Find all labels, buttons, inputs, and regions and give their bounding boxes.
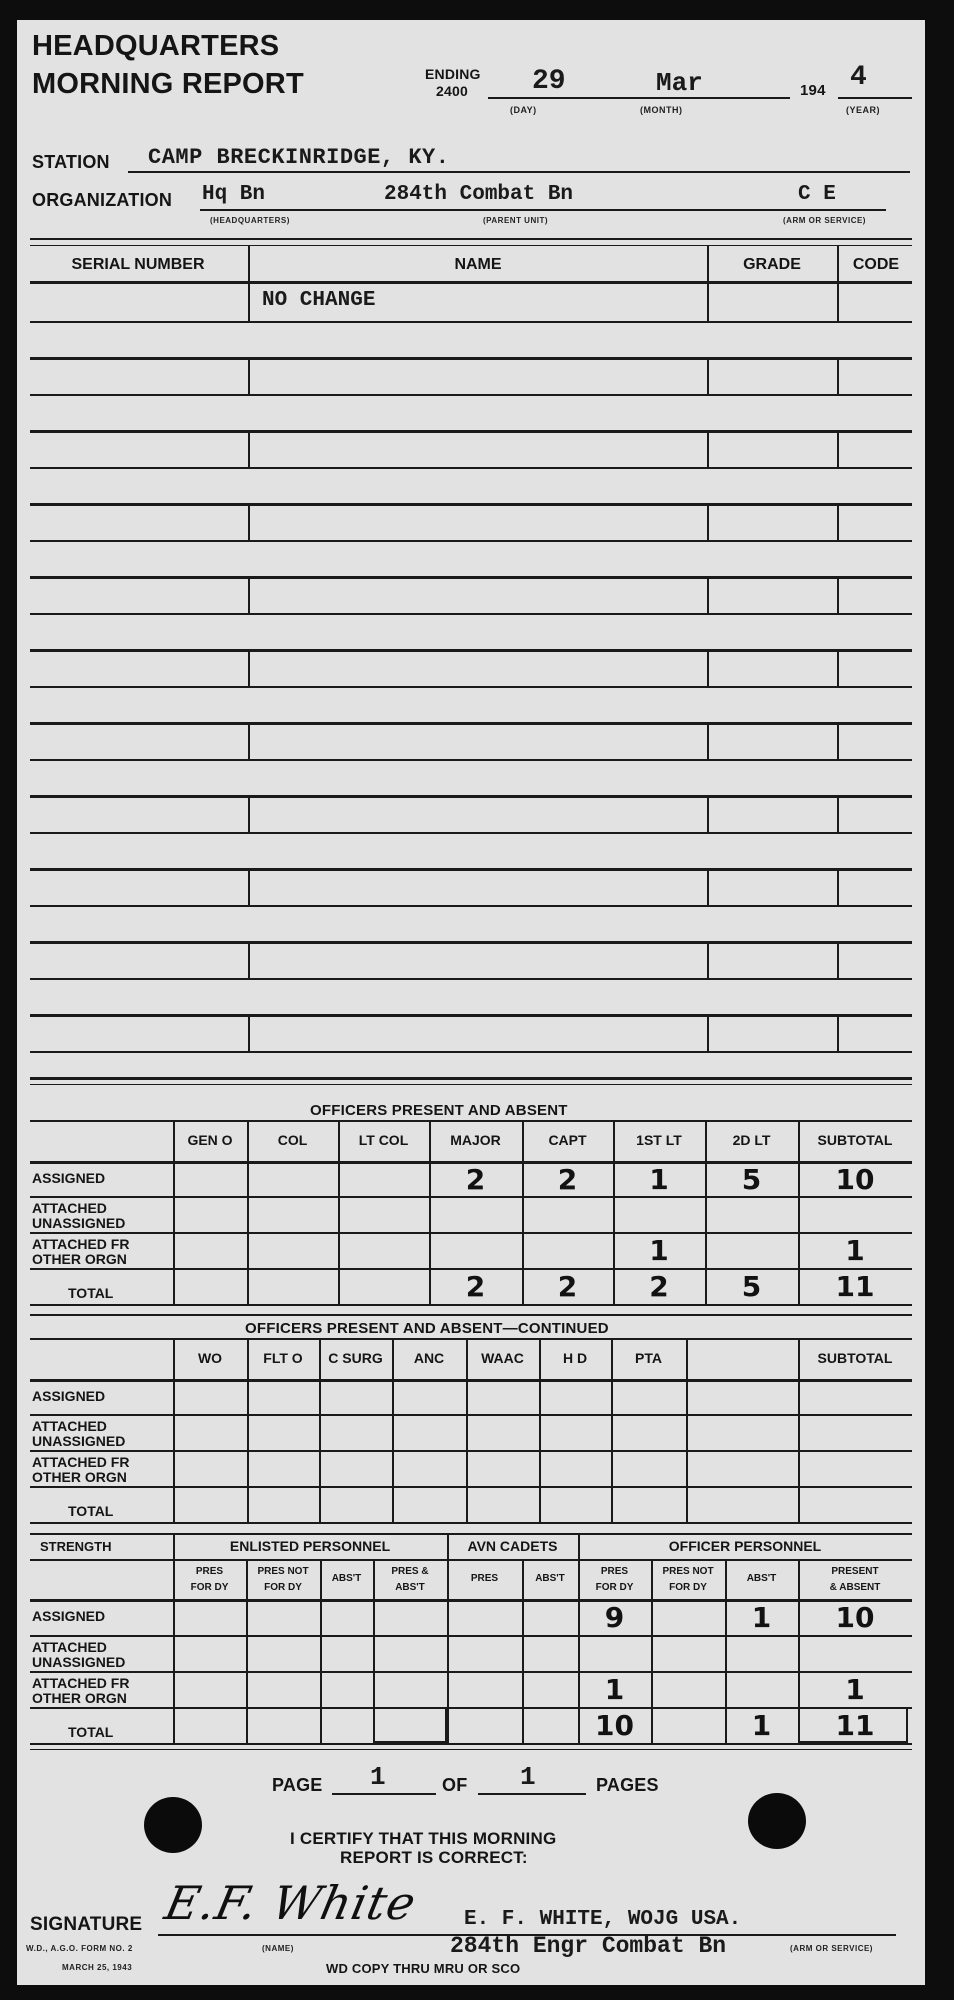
strength-col-7-line2: FOR DY bbox=[651, 1580, 725, 1595]
strength-group-0: ENLISTED PERSONNEL bbox=[173, 1538, 447, 1554]
strength-col-7-line1: PRES NOT bbox=[651, 1564, 725, 1579]
officers-col-6: 2D LT bbox=[705, 1132, 798, 1148]
signer-unit[interactable]: 284th Engr Combat Bn bbox=[450, 1933, 726, 1959]
officers-row-label: TOTAL bbox=[32, 1286, 204, 1301]
col-header-serial-number: SERIAL NUMBER bbox=[30, 256, 246, 274]
strength-cell[interactable]: 10 bbox=[578, 1709, 651, 1742]
form-title-line1: HEADQUARTERS bbox=[32, 30, 279, 63]
officers-table-title: OFFICERS PRESENT AND ABSENT bbox=[310, 1102, 568, 1119]
strength-group-1: AVN CADETS bbox=[447, 1538, 578, 1554]
roster-name-cell[interactable]: NO CHANGE bbox=[262, 289, 702, 312]
officers-cont-row-label: ATTACHED FR OTHER ORGN bbox=[32, 1455, 168, 1485]
strength-cell[interactable]: 1 bbox=[798, 1673, 912, 1706]
officers-cont-row-label: TOTAL bbox=[32, 1504, 204, 1519]
officers-cell[interactable]: 2 bbox=[429, 1270, 522, 1303]
headquarters-caption: (HEADQUARTERS) bbox=[210, 216, 290, 225]
strength-col-4-line1: PRES bbox=[447, 1571, 522, 1586]
strength-col-6-line2: FOR DY bbox=[578, 1580, 651, 1595]
day-value[interactable]: 29 bbox=[532, 66, 566, 97]
officers-col-5: 1ST LT bbox=[613, 1132, 705, 1148]
col-header-name: NAME bbox=[248, 256, 708, 274]
strength-col-3-line2: ABS'T bbox=[373, 1580, 447, 1595]
arm-service-value[interactable]: C E bbox=[798, 183, 836, 206]
headquarters-value[interactable]: Hq Bn bbox=[202, 183, 265, 206]
strength-col-6-line1: PRES bbox=[578, 1564, 651, 1579]
strength-cell[interactable]: 1 bbox=[725, 1709, 798, 1742]
strength-col-1-line2: FOR DY bbox=[246, 1580, 320, 1595]
strength-row-label: ATTACHED UNASSIGNED bbox=[32, 1640, 168, 1670]
col-header-grade: GRADE bbox=[708, 256, 836, 274]
officers-cont-row-label: ASSIGNED bbox=[32, 1389, 168, 1404]
officers-cell[interactable]: 1 bbox=[613, 1234, 705, 1267]
officers-row-label: ATTACHED UNASSIGNED bbox=[32, 1201, 168, 1231]
year-value[interactable]: 4 bbox=[850, 62, 867, 93]
name-caption: (NAME) bbox=[262, 1944, 294, 1953]
year-caption: (YEAR) bbox=[846, 105, 880, 115]
binder-hole-left bbox=[144, 1797, 202, 1853]
strength-col-8-line1: ABS'T bbox=[725, 1571, 798, 1586]
officers-cont-col-4: WAAC bbox=[466, 1350, 539, 1366]
station-value[interactable]: CAMP BRECKINRIDGE, KY. bbox=[148, 145, 449, 170]
officers-cell[interactable]: 5 bbox=[705, 1270, 798, 1303]
pages-label: PAGES bbox=[596, 1775, 659, 1796]
parent-unit-caption: (PARENT UNIT) bbox=[483, 216, 548, 225]
officers-cont-col-3: ANC bbox=[392, 1350, 466, 1366]
strength-group-2: OFFICER PERSONNEL bbox=[578, 1538, 912, 1554]
officers-cont-row-label: ATTACHED UNASSIGNED bbox=[32, 1419, 168, 1449]
year-prefix: 194 bbox=[800, 82, 826, 99]
strength-row-label: ASSIGNED bbox=[32, 1609, 168, 1624]
routing-note: WD COPY THRU MRU OR SCO bbox=[326, 1961, 520, 1976]
officers-cell[interactable]: 11 bbox=[798, 1270, 912, 1303]
parent-unit-value[interactable]: 284th Combat Bn bbox=[384, 183, 573, 206]
organization-underline bbox=[200, 209, 886, 211]
form-date: MARCH 25, 1943 bbox=[62, 1963, 132, 1972]
arm-service-caption: (ARM OR SERVICE) bbox=[783, 216, 866, 225]
officers-cell[interactable]: 2 bbox=[522, 1270, 613, 1303]
ending-time: 2400 bbox=[436, 83, 468, 99]
of-label: OF bbox=[442, 1775, 467, 1796]
month-caption: (MONTH) bbox=[640, 105, 683, 115]
officers-cont-col-2: C SURG bbox=[319, 1350, 392, 1366]
total-pages[interactable]: 1 bbox=[520, 1762, 536, 1792]
strength-col-3-line1: PRES & bbox=[373, 1564, 447, 1579]
officers-cell[interactable]: 2 bbox=[522, 1163, 613, 1196]
officers-cell[interactable]: 2 bbox=[613, 1270, 705, 1303]
officers-cont-col-6: PTA bbox=[611, 1350, 686, 1366]
strength-col-9-line1: PRESENT bbox=[798, 1564, 912, 1579]
officers-cont-col-8: SUBTOTAL bbox=[798, 1350, 912, 1366]
form-number: W.D., A.G.O. FORM NO. 2 bbox=[26, 1944, 133, 1953]
officers-cont-col-0: WO bbox=[173, 1350, 247, 1366]
strength-col-1-line1: PRES NOT bbox=[246, 1564, 320, 1579]
strength-col-2-line1: ABS'T bbox=[320, 1571, 373, 1586]
officer-total-box bbox=[798, 1707, 908, 1743]
station-label: STATION bbox=[32, 152, 110, 173]
year-underline bbox=[838, 97, 912, 99]
enlisted-total-box bbox=[373, 1707, 447, 1743]
strength-cell[interactable]: 1 bbox=[725, 1601, 798, 1634]
signature-label: SIGNATURE bbox=[30, 1914, 142, 1936]
strength-cell[interactable]: 10 bbox=[798, 1601, 912, 1634]
officers-row-label: ATTACHED FR OTHER ORGN bbox=[32, 1237, 168, 1267]
form-title-line2: MORNING REPORT bbox=[32, 68, 304, 101]
day-caption: (DAY) bbox=[510, 105, 537, 115]
certify-line2: REPORT IS CORRECT: bbox=[340, 1848, 528, 1868]
handwritten-signature: E.F. White bbox=[160, 1876, 421, 1930]
officers-cell[interactable]: 1 bbox=[613, 1163, 705, 1196]
strength-col-5-line1: ABS'T bbox=[522, 1571, 578, 1586]
officers-col-4: CAPT bbox=[522, 1132, 613, 1148]
strength-col-9-line2: & ABSENT bbox=[798, 1580, 912, 1595]
officers-col-1: COL bbox=[247, 1132, 338, 1148]
strength-col-0-line1: PRES bbox=[173, 1564, 246, 1579]
officers-col-3: MAJOR bbox=[429, 1132, 522, 1148]
station-underline bbox=[128, 171, 910, 173]
month-value[interactable]: Mar bbox=[656, 68, 703, 98]
certify-line1: I CERTIFY THAT THIS MORNING bbox=[290, 1829, 556, 1849]
strength-row-label: TOTAL bbox=[32, 1725, 204, 1740]
strength-cell[interactable]: 1 bbox=[578, 1673, 651, 1706]
strength-cell[interactable]: 9 bbox=[578, 1601, 651, 1634]
officers-continued-title: OFFICERS PRESENT AND ABSENT—CONTINUED bbox=[245, 1320, 609, 1337]
col-header-code: CODE bbox=[838, 256, 914, 274]
strength-corner-label: STRENGTH bbox=[40, 1539, 112, 1554]
ending-label: ENDING bbox=[425, 66, 481, 82]
organization-label: ORGANIZATION bbox=[32, 190, 172, 211]
officers-cell[interactable]: 10 bbox=[798, 1163, 912, 1196]
page-label: PAGE bbox=[272, 1775, 322, 1796]
signer-typed-name[interactable]: E. F. WHITE, WOJG USA. bbox=[464, 1908, 741, 1931]
officers-row-label: ASSIGNED bbox=[32, 1171, 168, 1186]
date-underline bbox=[488, 97, 790, 99]
strength-row-label: ATTACHED FR OTHER ORGN bbox=[32, 1676, 168, 1706]
officers-cont-col-1: FLT O bbox=[247, 1350, 319, 1366]
officers-cell[interactable]: 5 bbox=[705, 1163, 798, 1196]
officers-col-0: GEN O bbox=[173, 1132, 247, 1148]
officers-col-2: LT COL bbox=[338, 1132, 429, 1148]
strength-col-0-line2: FOR DY bbox=[173, 1580, 246, 1595]
officers-cell[interactable]: 1 bbox=[798, 1234, 912, 1267]
binder-hole-right bbox=[748, 1793, 806, 1849]
officers-col-7: SUBTOTAL bbox=[798, 1132, 912, 1148]
service-caption: (ARM OR SERVICE) bbox=[790, 1944, 873, 1953]
officers-cell[interactable]: 2 bbox=[429, 1163, 522, 1196]
page-number[interactable]: 1 bbox=[370, 1762, 386, 1792]
officers-cont-col-5: H D bbox=[539, 1350, 611, 1366]
